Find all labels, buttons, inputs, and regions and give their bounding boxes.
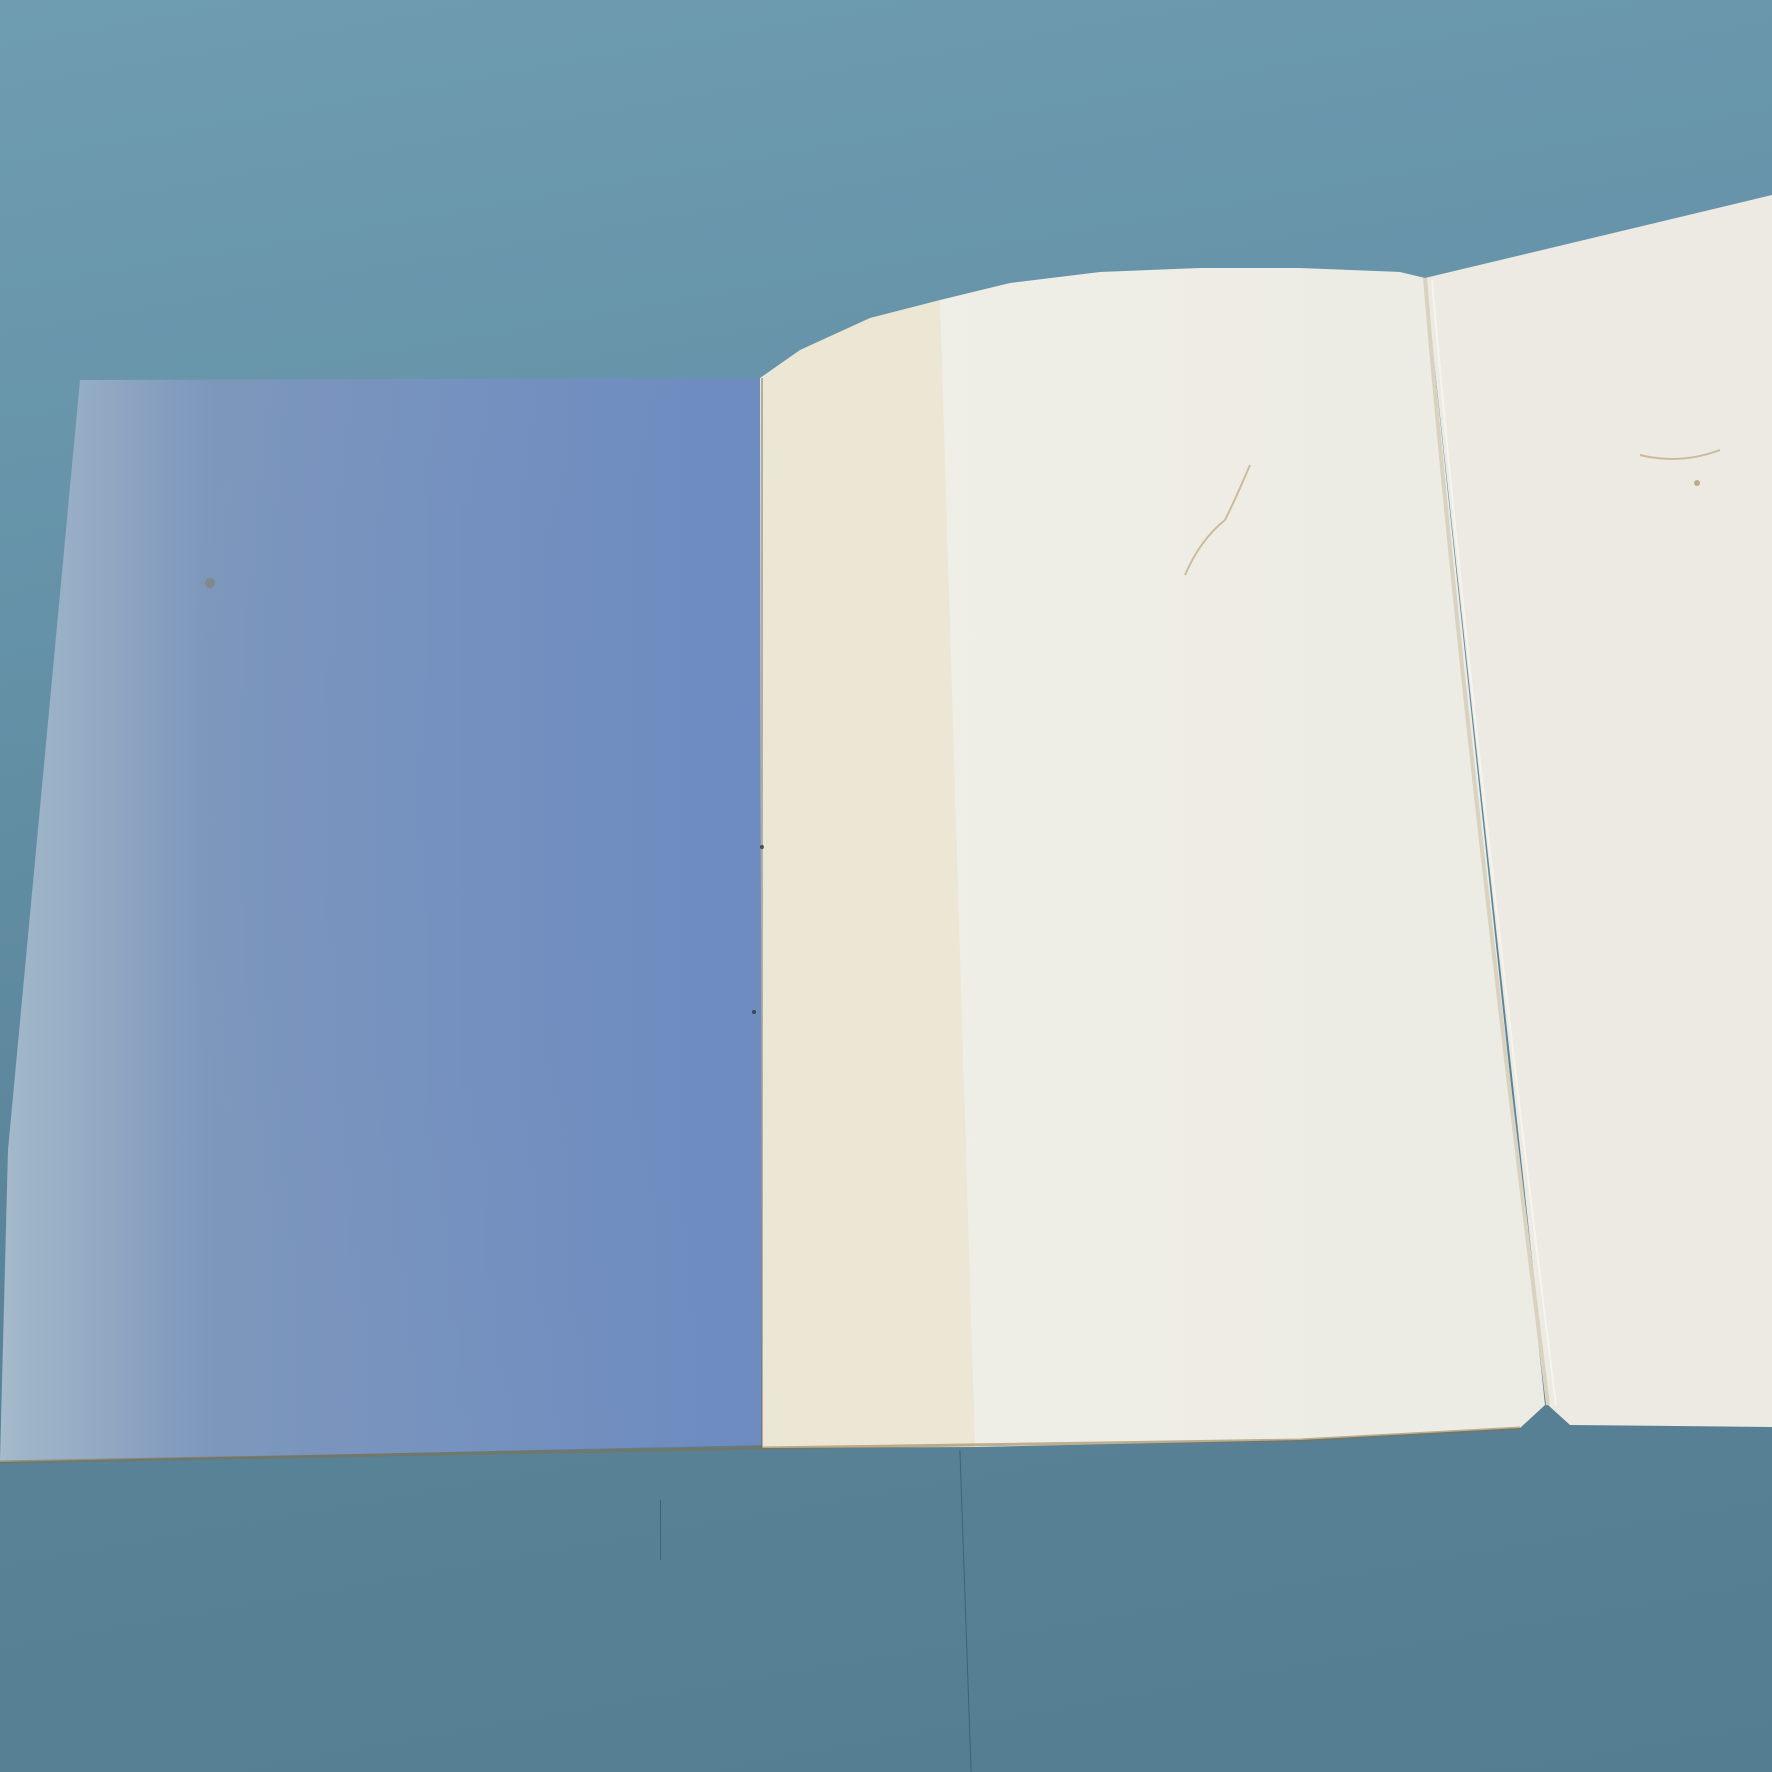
- cover-mark: [205, 578, 215, 588]
- surface-scratch: [660, 1500, 661, 1560]
- paper-spot: [752, 1010, 756, 1014]
- paper-spot: [1694, 480, 1700, 486]
- surface-scratch: [959, 1450, 971, 1772]
- paper-spot: [760, 845, 764, 849]
- photo-scene: [0, 0, 1772, 1772]
